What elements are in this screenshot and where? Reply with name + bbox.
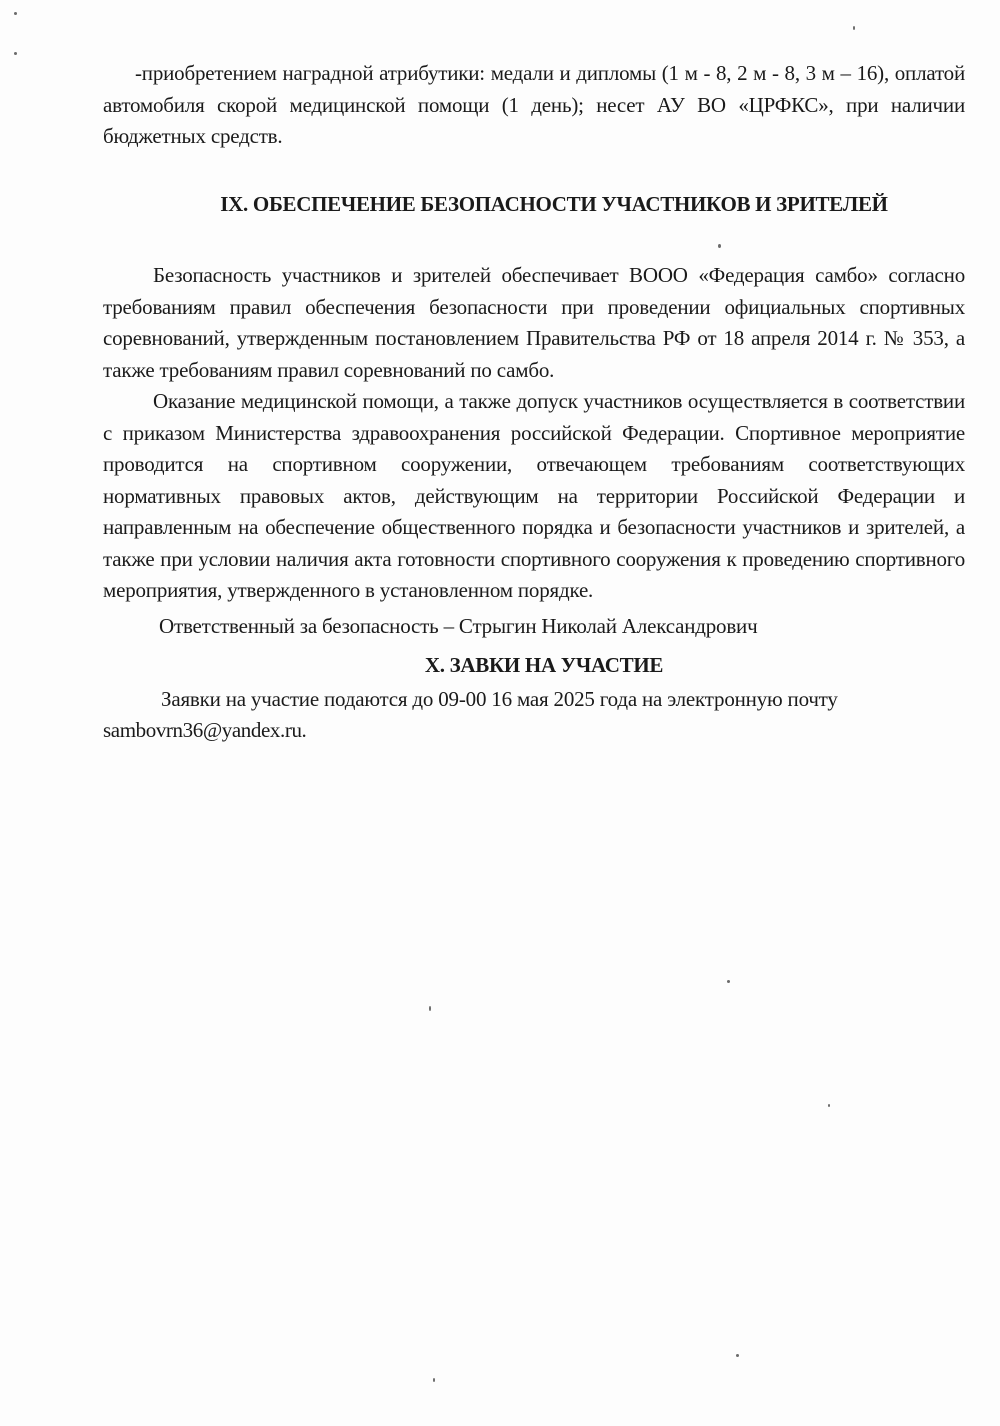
scan-speck bbox=[429, 1006, 431, 1011]
section-10-heading: X. ЗАВКИ НА УЧАСТИЕ bbox=[103, 650, 965, 682]
document-page: -приобретением наградной атрибутики: мед… bbox=[103, 58, 965, 747]
section-9-heading: IX. ОБЕСПЕЧЕНИЕ БЕЗОПАСНОСТИ УЧАСТНИКОВ … bbox=[103, 189, 965, 221]
intro-paragraph: -приобретением наградной атрибутики: мед… bbox=[103, 58, 965, 153]
section-10-paragraph: Заявки на участие подаются до 09-00 16 м… bbox=[103, 684, 965, 716]
scan-speck bbox=[433, 1378, 435, 1382]
scan-speck bbox=[14, 12, 17, 15]
section-9-paragraph-1: Безопасность участников и зрителей обесп… bbox=[103, 260, 965, 386]
scan-speck bbox=[853, 26, 855, 30]
scan-speck bbox=[736, 1354, 739, 1357]
scan-speck bbox=[828, 1104, 830, 1107]
section-10-email-line: sambovrn36@yandex.ru. bbox=[103, 715, 965, 747]
responsible-person: Ответственный за безопасность – Стрыгин … bbox=[103, 611, 965, 643]
email-address[interactable]: sambovrn36@yandex.ru. bbox=[103, 718, 306, 742]
scan-speck bbox=[14, 52, 17, 55]
scan-speck bbox=[727, 980, 730, 983]
section-9-paragraph-2: Оказание медицинской помощи, а также доп… bbox=[103, 386, 965, 607]
